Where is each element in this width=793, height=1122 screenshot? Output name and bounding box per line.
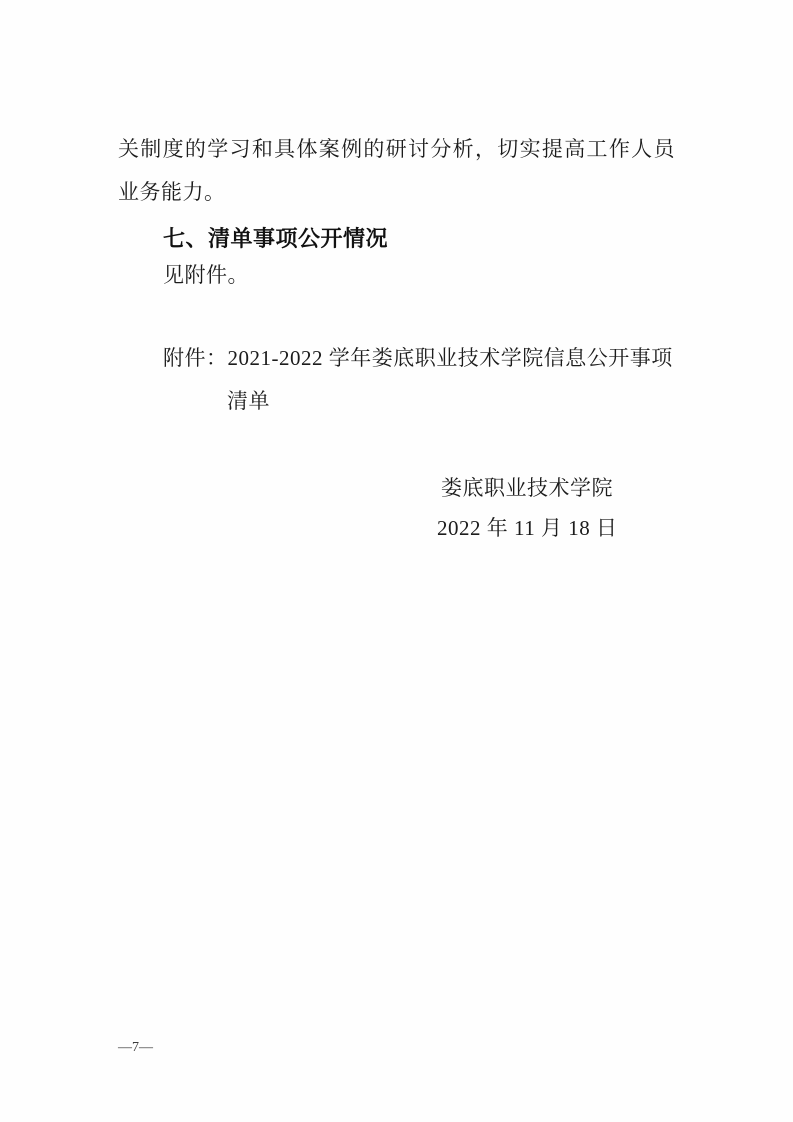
body-paragraph: 关制度的学习和具体案例的研讨分析，切实提高工作人员业务能力。 bbox=[118, 128, 675, 214]
attachment-title-line1: 2021-2022 学年娄底职业技术学院信息公开事项 bbox=[228, 346, 673, 370]
section-heading: 七、清单事项公开情况 bbox=[163, 226, 388, 252]
document-page: 关制度的学习和具体案例的研讨分析，切实提高工作人员业务能力。 七、清单事项公开情… bbox=[0, 0, 793, 1122]
attachment-title-line2: 清单 bbox=[227, 389, 270, 413]
signature-date: 2022 年 11 月 18 日 bbox=[437, 515, 617, 541]
attachment-note: 附件：2021-2022 学年娄底职业技术学院信息公开事项 清单 bbox=[163, 337, 742, 423]
signature-organization: 娄底职业技术学院 bbox=[441, 475, 613, 501]
section-body-text: 见附件。 bbox=[163, 262, 249, 288]
page-number: —7— bbox=[118, 1040, 153, 1056]
attachment-label: 附件： bbox=[163, 346, 228, 370]
